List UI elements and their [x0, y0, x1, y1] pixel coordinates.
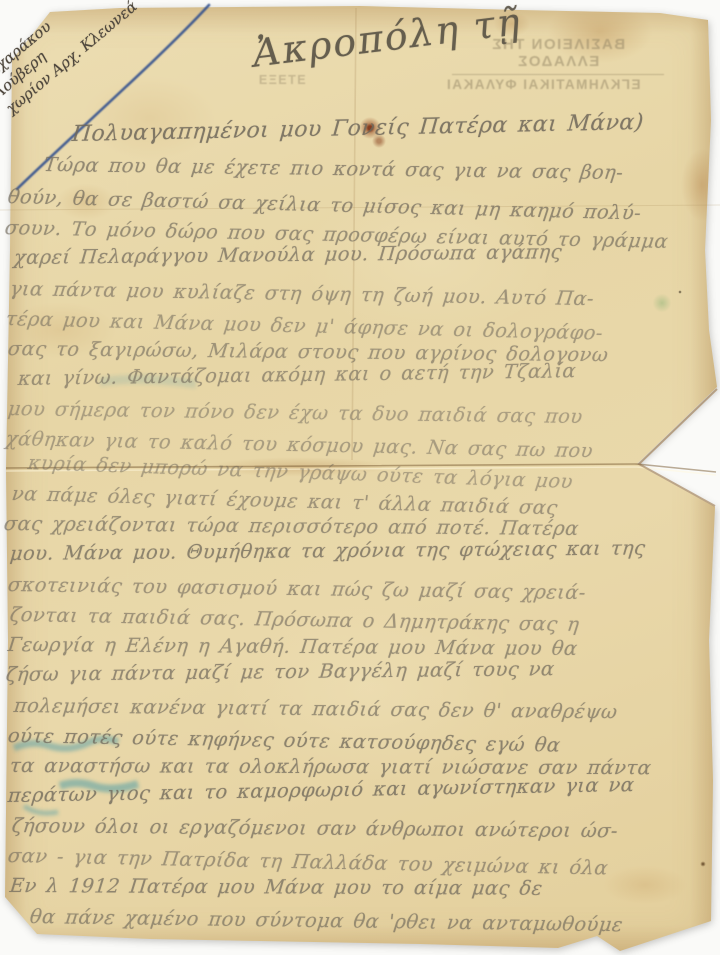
paper-sheet-wrap — [0, 0, 720, 955]
letterhead-prisons-line: ΕΓΚΛΗΜΑΤΙΚΑΙ ΦΥΛΑΚΑΙ — [424, 77, 662, 92]
letter-scan: ΒΑΣΙΛΕΙΟΝ ΤΗΣ ΕΛΛΑΔΟΣ ΕΓΚΛΗΜΑΤΙΚΑΙ ΦΥΛΑΚ… — [0, 0, 720, 955]
letterhead-fragment: ΕΞΕΤΕ — [228, 73, 338, 87]
paper-sheet — [0, 0, 720, 955]
